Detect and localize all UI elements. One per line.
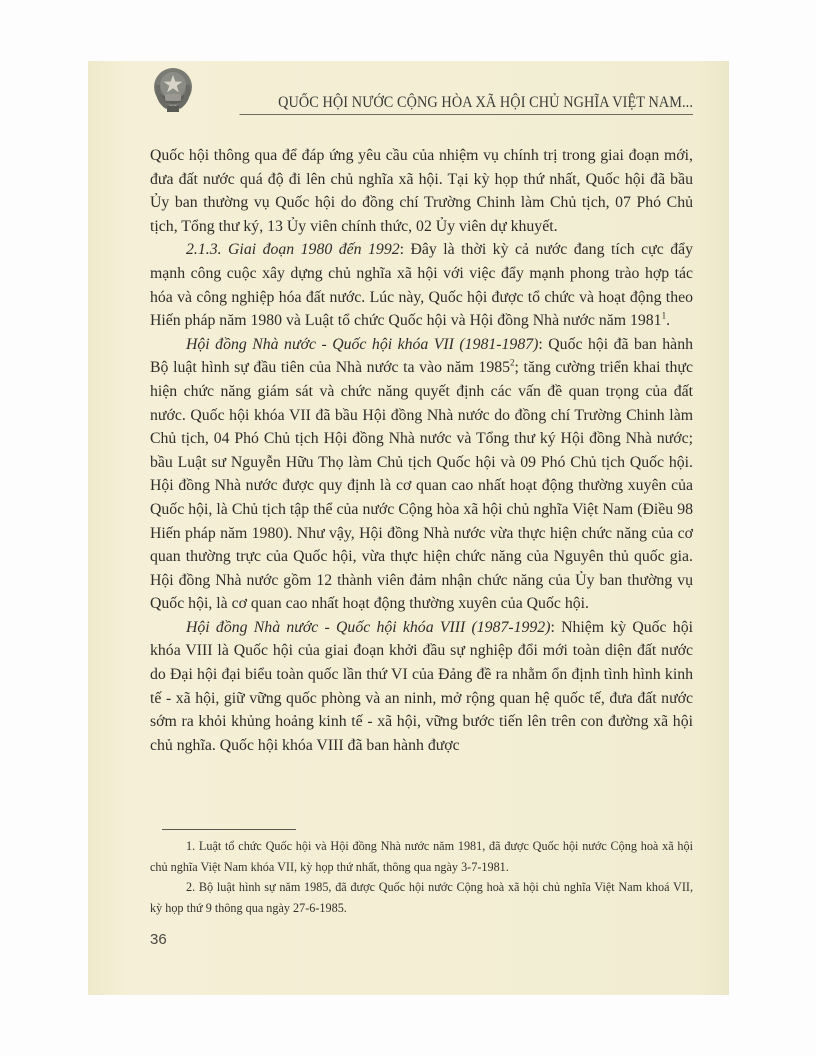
footnote-divider — [162, 829, 296, 830]
national-emblem-icon — [148, 65, 198, 115]
section-heading-2-1-3: 2.1.3. Giai đoạn 1980 đến 1992 — [186, 241, 400, 258]
footnote-1: 1. Luật tổ chức Quốc hội và Hội đồng Nhà… — [150, 836, 693, 877]
running-header: QUỐC HỘI NƯỚC CỘNG HÒA XÃ HỘI CHỦ NGHĨA … — [239, 92, 693, 115]
subheading-khoa-vii: Hội đồng Nhà nước - Quốc hội khóa VII (1… — [186, 336, 538, 353]
paragraph-4: Hội đồng Nhà nước - Quốc hội khóa VIII (… — [150, 616, 693, 758]
subheading-khoa-viii: Hội đồng Nhà nước - Quốc hội khóa VIII (… — [186, 619, 550, 636]
body-text: Quốc hội thông qua để đáp ứng yêu cầu củ… — [150, 144, 693, 757]
paragraph-1: Quốc hội thông qua để đáp ứng yêu cầu củ… — [150, 144, 693, 238]
paragraph-2: 2.1.3. Giai đoạn 1980 đến 1992: Đây là t… — [150, 238, 693, 332]
paragraph-3: Hội đồng Nhà nước - Quốc hội khóa VII (1… — [150, 333, 693, 616]
footnote-2: 2. Bộ luật hình sự năm 1985, đã được Quố… — [150, 877, 693, 918]
page-number: 36 — [150, 931, 167, 948]
footnotes: 1. Luật tổ chức Quốc hội và Hội đồng Nhà… — [150, 836, 693, 918]
book-page: QUỐC HỘI NƯỚC CỘNG HÒA XÃ HỘI CHỦ NGHĨA … — [88, 61, 729, 995]
